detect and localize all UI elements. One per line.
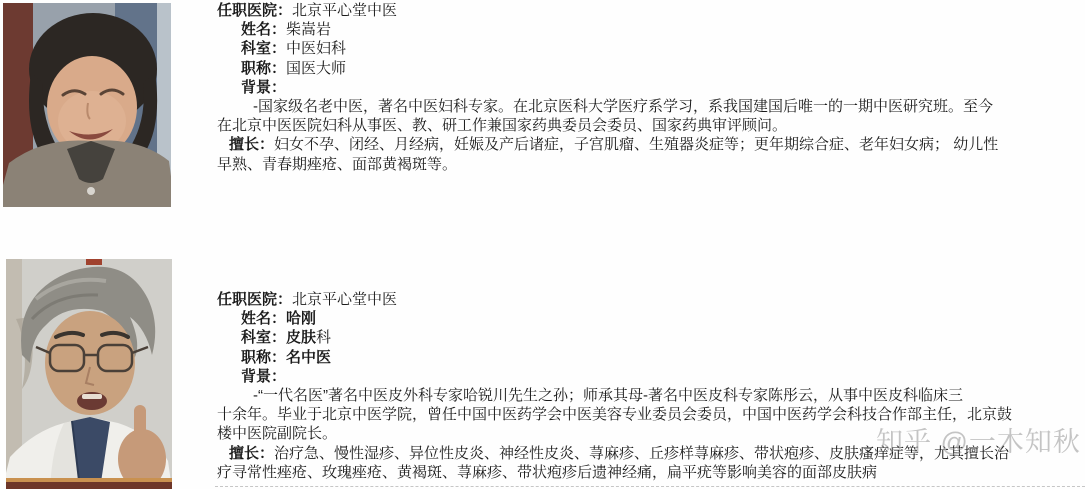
name-label: 姓名： (241, 310, 286, 327)
doctor2-dept-row: 科室：皮肤科 (217, 328, 1083, 347)
face (45, 311, 135, 415)
doctor2-background-line1: -“一代名医”著名中医皮外科专家哈锐川先生之孙；师承其母-著名中医皮科专家陈彤云… (217, 386, 1083, 405)
bottom-divider (215, 486, 1085, 487)
desk-edge (6, 478, 172, 489)
hospital-label: 任职医院： (217, 291, 292, 308)
background-label: 背景： (241, 368, 286, 385)
doctor-profiles-page: 任职医院：北京平心堂中医 姓名：柴嵩岩 科室：中医妇科 职称：国医大师 背景： … (0, 0, 1085, 489)
doctor2-skill-line2: 疗寻常性痤疮、玫瑰痤疮、黄褐斑、荨麻疹、带状疱疹后遗神经痛，扁平疣等影响美容的面… (217, 463, 1083, 482)
doctor2-name-row: 姓名：哈刚 (217, 309, 1083, 328)
doctor1-background-line2: 在北京中医医院妇科从事医、教、研工作兼国家药典委员会委员、国家药典审评顾问。 (217, 116, 1083, 135)
name-value: 哈刚 (286, 310, 316, 327)
doctor1-photo (3, 3, 171, 207)
skill-label: 擅长： (229, 136, 274, 153)
doctor1-hospital-row: 任职医院：北京平心堂中医 (217, 1, 1083, 20)
title-label: 职称： (241, 60, 286, 77)
doctor1-title-row: 职称：国医大师 (217, 59, 1083, 78)
doctor1-name-row: 姓名：柴嵩岩 (217, 20, 1083, 39)
dept-label: 科室： (241, 329, 286, 346)
dept-value: 中医妇科 (286, 40, 346, 57)
doctor2-background-line3: 楼中医院副院长。 (217, 424, 1083, 443)
hospital-label: 任职医院： (217, 2, 292, 19)
skill-label: 擅长： (229, 445, 274, 462)
doctor2-title-row: 职称：名中医 (217, 348, 1083, 367)
doctor1-skill-line1: 擅长：妇女不孕、闭经、月经病，妊娠及产后诸症，子宫肌瘤、生殖器炎症等；更年期综合… (217, 135, 1083, 154)
skill-text: 妇女不孕、闭经、月经病，妊娠及产后诸症，子宫肌瘤、生殖器炎症等；更年期综合症、老… (274, 136, 998, 153)
doctor2-portrait-illustration (6, 259, 172, 489)
doctor2-background-line2: 十余年。毕业于北京中医学院，曾任中国中医药学会中医美容专业委员会委员，中国中医药… (217, 405, 1083, 424)
doctor2-skill-line1: 擅长：治疗急、慢性湿疹、异位性皮炎、神经性皮炎、荨麻疹、丘疹样荨麻疹、带状疱疹、… (217, 444, 1083, 463)
skill-text: 治疗急、慢性湿疹、异位性皮炎、神经性皮炎、荨麻疹、丘疹样荨麻疹、带状疱疹、皮肤瘙… (274, 445, 1009, 462)
doctor1-dept-row: 科室：中医妇科 (217, 39, 1083, 58)
name-label: 姓名： (241, 21, 286, 38)
doctor2-hospital-row: 任职医院：北京平心堂中医 (217, 290, 1083, 309)
doctor2-profile: 任职医院：北京平心堂中医 姓名：哈刚 科室：皮肤科 职称：名中医 背景： -“一… (217, 290, 1083, 482)
doctor1-skill-line2: 早熟、青春期痤疮、面部黄褐斑等。 (217, 155, 1083, 174)
background-label: 背景： (241, 79, 286, 96)
doctor1-background-line1: -国家级名老中医，著名中医妇科专家。在北京医科大学医疗系学习，系我国建国后唯一的… (217, 97, 1083, 116)
dept-label: 科室： (241, 40, 286, 57)
doctor2-photo (6, 259, 172, 489)
hospital-value: 北京平心堂中医 (292, 2, 397, 19)
name-value: 柴嵩岩 (286, 21, 331, 38)
doctor1-portrait-illustration (3, 3, 171, 207)
dept-value-bold: 皮肤 (286, 329, 316, 346)
title-value: 国医大师 (286, 60, 346, 77)
title-label: 职称： (241, 349, 286, 366)
doctor2-background-label-row: 背景： (217, 367, 1083, 386)
doctor1-background-label-row: 背景： (217, 78, 1083, 97)
dept-value-tail: 科 (316, 329, 331, 346)
doctor1-profile: 任职医院：北京平心堂中医 姓名：柴嵩岩 科室：中医妇科 职称：国医大师 背景： … (217, 1, 1083, 174)
hospital-value: 北京平心堂中医 (292, 291, 397, 308)
title-value: 名中医 (286, 349, 331, 366)
